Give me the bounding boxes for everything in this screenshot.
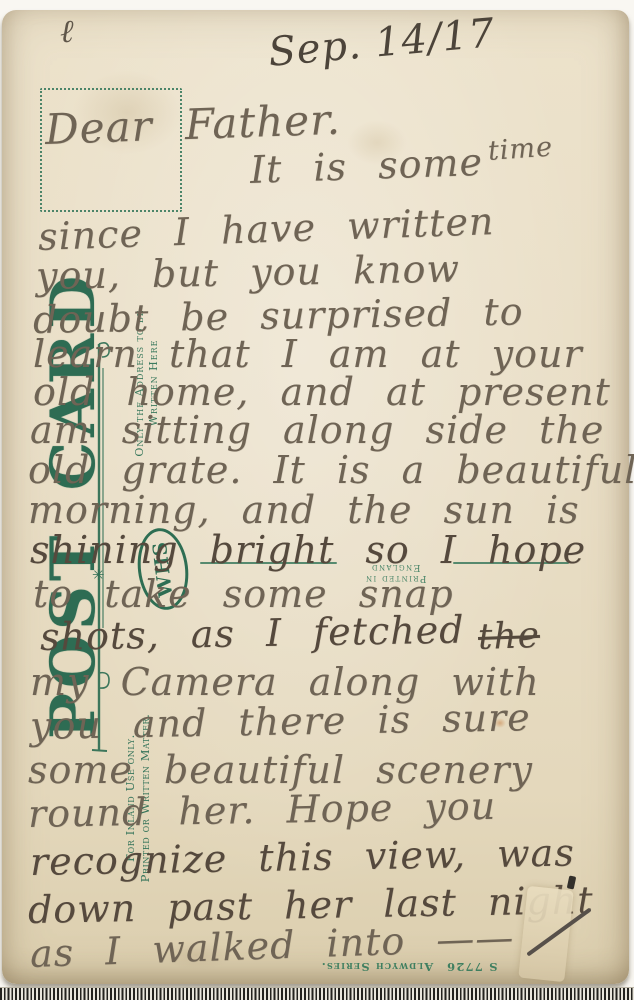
handwriting-line: shots, as I fetched	[40, 608, 465, 659]
handwriting-line: the	[477, 615, 540, 658]
postcard: ℓ Sep. 14/17 POST CARD ✳ Only the Addres…	[2, 10, 629, 984]
ruler-strip	[0, 987, 634, 1000]
handwriting-line: Dear Father.	[44, 95, 341, 154]
handwriting-line: round her. Hope you	[28, 784, 497, 836]
handwriting-line: morning, and the sun is	[28, 488, 580, 532]
handwriting-line: It is some	[249, 140, 483, 192]
corner-mark: ℓ	[60, 12, 73, 50]
handwriting-line: time	[487, 131, 554, 166]
handwriting-line: shining bright so I hope	[30, 528, 586, 572]
handwriting-line: you, but you know	[36, 247, 461, 298]
tape-smudge	[518, 886, 573, 982]
handwriting-line: recognize this view, was	[30, 830, 575, 884]
handwriting-line: am sitting along side the	[30, 408, 604, 452]
handwriting-line: old grate. It is a beautiful	[28, 448, 634, 492]
date-handwriting: Sep. 14/17	[266, 10, 497, 76]
handwriting-line: you and there is sure	[30, 695, 531, 748]
postcard-scan: ℓ Sep. 14/17 POST CARD ✳ Only the Addres…	[0, 0, 634, 1000]
